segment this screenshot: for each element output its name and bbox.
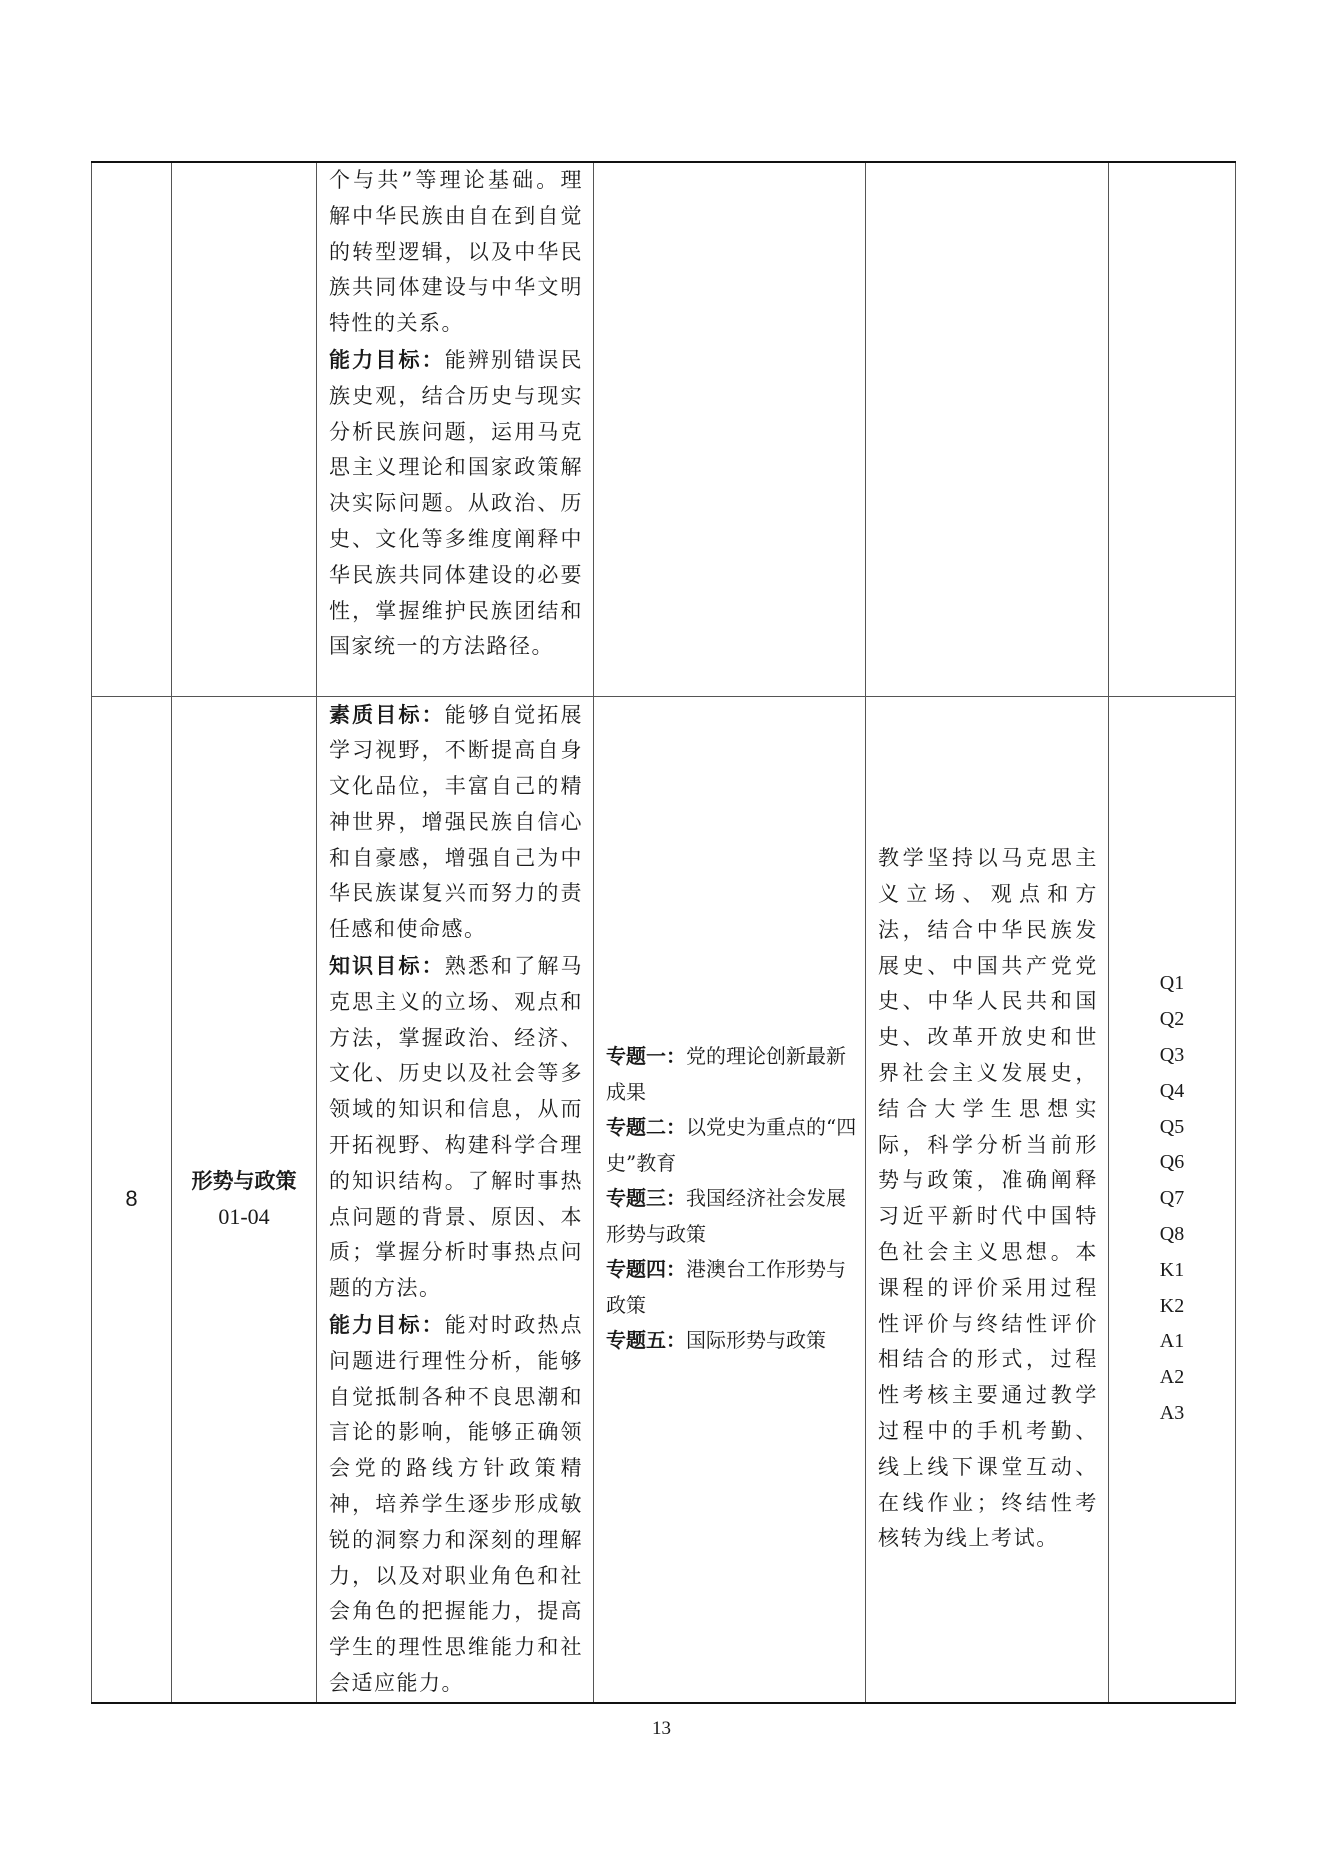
course-table: 个与共”等理论基础。理解中华民族由自在到自觉的转型逻辑，以及中华民族共同体建设与… [91,161,1236,1704]
code-item: Q6 [1109,1145,1235,1181]
code-item: Q4 [1109,1074,1235,1110]
topic-text: 国际形势与政策 [686,1328,826,1352]
code-item: Q5 [1109,1110,1235,1146]
codes-cell: Q1 Q2 Q3 Q4 Q5 Q6 Q7 Q8 K1 K2 A1 A2 A3 [1109,696,1236,1703]
objective-text: 能辨别错误民族史观，结合历史与现实分析民族问题，运用马克思主义理论和国家政策解决… [329,348,583,658]
topic-item: 专题五：国际形势与政策 [594,1323,865,1359]
topic-item: 专题一：党的理论创新最新成果 [594,1039,865,1110]
code-item: Q1 [1109,966,1235,1002]
objective-label: 知识目标： [329,953,445,978]
topic-item: 专题四：港澳台工作形势与政策 [594,1252,865,1323]
code-item: K1 [1109,1253,1235,1289]
code-item: Q7 [1109,1181,1235,1217]
index-cell: 8 [92,696,172,1703]
objective-label: 能力目标： [329,347,445,372]
course-code: 01-04 [218,1204,269,1229]
code-item: A2 [1109,1360,1235,1396]
course-cell [172,162,317,696]
table-row: 8 形势与政策 01-04 素质目标：能够自觉拓展学习视野，不断提高自身文化品位… [92,696,1236,1703]
objective-label: 素质目标： [329,702,445,727]
objective-paragraph: 个与共”等理论基础。理解中华民族由自在到自觉的转型逻辑，以及中华民族共同体建设与… [317,163,593,342]
evaluation-text: 教学坚持以马克思主义立场、观点和方法，结合中华民族发展史、中国共产党党史、中华人… [866,841,1108,1557]
objective-label: 能力目标： [329,1312,445,1337]
evaluation-cell: 教学坚持以马克思主义立场、观点和方法，结合中华民族发展史、中国共产党党史、中华人… [866,696,1109,1703]
code-item: A3 [1109,1396,1235,1432]
topic-label: 专题二： [606,1115,686,1139]
index-cell [92,162,172,696]
code-item: A1 [1109,1324,1235,1360]
topic-label: 专题五： [606,1328,686,1352]
objective-paragraph: 能力目标：能辨别错误民族史观，结合历史与现实分析民族问题，运用马克思主义理论和国… [317,342,593,665]
topic-label: 专题四： [606,1257,686,1281]
objective-paragraph: 知识目标：熟悉和了解马克思主义的立场、观点和方法，掌握政治、经济、文化、历史以及… [317,948,593,1307]
evaluation-cell [866,162,1109,696]
topic-label: 专题一： [606,1044,686,1068]
objective-text: 能够自觉拓展学习视野，不断提高自身文化品位，丰富自己的精神世界，增强民族自信心和… [329,703,583,942]
objective-text: 能对时政热点问题进行理性分析，能够自觉抵制各种不良思潮和言论的影响，能够正确领会… [329,1313,583,1695]
code-item: K2 [1109,1289,1235,1325]
topic-item: 专题二：以党史为重点的“四史”教育 [594,1110,865,1181]
objective-paragraph: 素质目标：能够自觉拓展学习视野，不断提高自身文化品位，丰富自己的精神世界，增强民… [317,697,593,949]
objective-text: 熟悉和了解马克思主义的立场、观点和方法，掌握政治、经济、文化、历史以及社会等多领… [329,954,583,1300]
topic-label: 专题三： [606,1186,686,1210]
objective-text: 个与共”等理论基础。理解中华民族由自在到自觉的转型逻辑，以及中华民族共同体建设与… [329,168,583,335]
topic-item: 专题三：我国经济社会发展形势与政策 [594,1181,865,1252]
course-cell: 形势与政策 01-04 [172,696,317,1703]
code-item: Q2 [1109,1002,1235,1038]
codes-cell [1109,162,1236,696]
objectives-cell: 素质目标：能够自觉拓展学习视野，不断提高自身文化品位，丰富自己的精神世界，增强民… [317,696,594,1703]
table-row: 个与共”等理论基础。理解中华民族由自在到自觉的转型逻辑，以及中华民族共同体建设与… [92,162,1236,696]
code-item: Q8 [1109,1217,1235,1253]
code-list: Q1 Q2 Q3 Q4 Q5 Q6 Q7 Q8 K1 K2 A1 A2 A3 [1109,966,1235,1431]
course-name: 形势与政策 [172,1163,316,1199]
code-item: Q3 [1109,1038,1235,1074]
objectives-cell: 个与共”等理论基础。理解中华民族由自在到自觉的转型逻辑，以及中华民族共同体建设与… [317,162,594,696]
page-number: 13 [0,1718,1323,1740]
topics-cell: 专题一：党的理论创新最新成果 专题二：以党史为重点的“四史”教育 专题三：我国经… [594,696,866,1703]
topics-cell [594,162,866,696]
objective-paragraph: 能力目标：能对时政热点问题进行理性分析，能够自觉抵制各种不良思潮和言论的影响，能… [317,1307,593,1702]
